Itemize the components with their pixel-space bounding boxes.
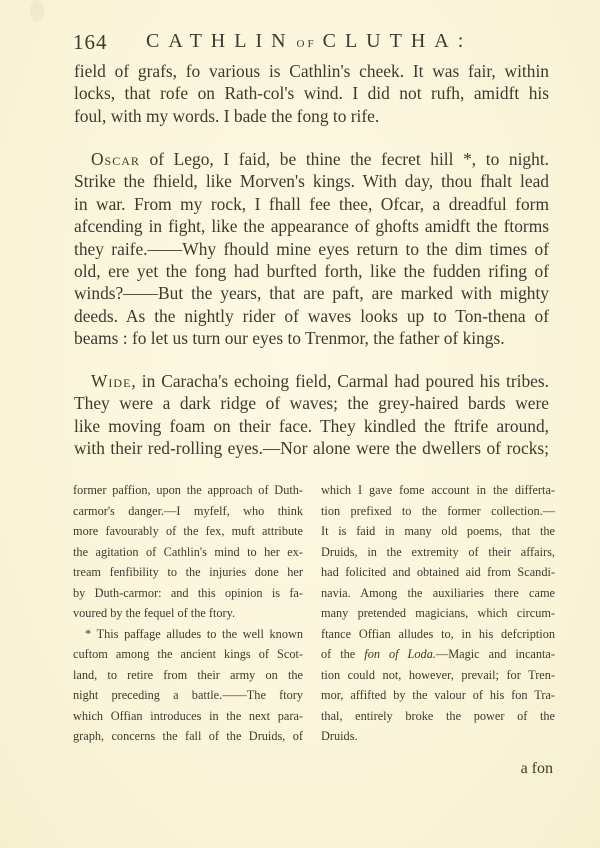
footnote-line: Druids. (321, 726, 555, 747)
footnote-line: which Offian introduces in the next para… (73, 706, 303, 727)
running-header: 164 CATHLINOFCLUTHA: (73, 30, 489, 56)
lead-word: Wide (91, 371, 131, 391)
text-line: winds?——But the years, that are paft, ar… (74, 282, 549, 304)
text-line: They were a dark ridge of waves; the gre… (74, 392, 549, 414)
footnote-line: * This paffage alludes to the well known (73, 624, 303, 645)
footnote-line: navia. Among the auxiliaries there came (321, 583, 555, 604)
footnote-line: night preceding a battle.——The ftory (73, 685, 303, 706)
text-line: afcending in fight, like the appearance … (74, 215, 549, 237)
text-line: Strike the fhield, like Morven's kings. … (74, 170, 549, 192)
footnote-line: tion prefixed to the former collection.— (321, 501, 555, 522)
footnote-line: ftance Offian alludes to, in his defcrip… (321, 624, 555, 645)
footnote-line: more favourably of the fex, muft attribu… (73, 521, 303, 542)
text-line: old, ere yet the fong had burfted forth,… (74, 260, 549, 282)
title-of: OF (297, 38, 317, 50)
footnote-line: mor, affifted by the valour of his fon T… (321, 685, 555, 706)
text-run: —Magic and incanta- (436, 647, 555, 661)
text-run: of the (321, 647, 364, 661)
footnote-line: carmor's danger.—I myfelf, who think (73, 501, 303, 522)
text-line: in war. From my rock, I fhall fee thee, … (74, 193, 549, 215)
text-line: Oscar of Lego, I faid, be thine the fecr… (74, 148, 549, 170)
footnote-line: many pretended magicians, which circum- (321, 603, 555, 624)
footnote-column-right: which I gave fome account in the differt… (321, 480, 555, 747)
footnote-line: land, to retire from their army on the (73, 665, 303, 686)
footnote-column-left: former paffion, upon the approach of Dut… (73, 480, 303, 747)
text-line: beams : fo let us turn our eyes to Trenm… (74, 327, 549, 349)
title-part2: CLUTHA: (323, 30, 473, 52)
footnote-line: tream fenfibility to the injuries done h… (73, 562, 303, 583)
footnote-line: graph, concerns the fall of the Druids, … (73, 726, 303, 747)
text-line: with their red-rolling eyes.—Nor alone w… (74, 437, 549, 459)
text-line: foul, with my words. I bade the fong to … (74, 105, 549, 127)
paragraph-3: Wide, in Caracha's echoing field, Carmal… (74, 370, 549, 460)
catchword: a fon (521, 760, 553, 778)
text-line: field of grafs, fo various is Cathlin's … (74, 60, 549, 82)
footnote-line: Druids, in the extremity of their affair… (321, 542, 555, 563)
footnote-line: tion could not, however, prevail; for Tr… (321, 665, 555, 686)
page-number: 164 (73, 30, 108, 55)
footnote-line: had folicited and obtained aid from Scan… (321, 562, 555, 583)
book-page: 164 CATHLINOFCLUTHA: field of grafs, fo … (0, 0, 600, 848)
title-part1: CATHLIN (146, 30, 295, 52)
text-line: deeds. As the nightly rider of waves loo… (74, 305, 549, 327)
footnote-line: former paffion, upon the approach of Dut… (73, 480, 303, 501)
italic-title: fon of Loda. (364, 647, 436, 661)
paper-stain (30, 0, 44, 22)
footnote-line: which I gave fome account in the differt… (321, 480, 555, 501)
paragraph-1: field of grafs, fo various is Cathlin's … (74, 60, 549, 127)
footnote-line: the agitation of Cathlin's mind to her e… (73, 542, 303, 563)
text-line: like moving foam on their face. They kin… (74, 415, 549, 437)
text-line: Wide, in Caracha's echoing field, Carmal… (74, 370, 549, 392)
footnote-line: It is faid in many old poems, that the (321, 521, 555, 542)
paragraph-2: Oscar of Lego, I faid, be thine the fecr… (74, 148, 549, 350)
text-run: , in Caracha's echoing field, Carmal had… (131, 371, 549, 391)
footnote-line: of the fon of Loda.—Magic and incanta- (321, 644, 555, 665)
running-title: CATHLINOFCLUTHA: (146, 30, 472, 53)
text-line: they raife.——Why fhould mine eyes return… (74, 238, 549, 260)
footnote-line: by Duth-carmor: and this opinion is fa- (73, 583, 303, 604)
footnote-line: cuftom among the ancient kings of Scot- (73, 644, 303, 665)
footnote-line: thal, entirely broke the power of the (321, 706, 555, 727)
text-line: locks, that rofe on Rath-col's wind. I d… (74, 82, 549, 104)
text-run: of Lego, I faid, be thine the fecret hil… (140, 149, 549, 169)
lead-word: Oscar (91, 149, 140, 169)
footnote-line: voured by the fequel of the ftory. (73, 603, 303, 624)
